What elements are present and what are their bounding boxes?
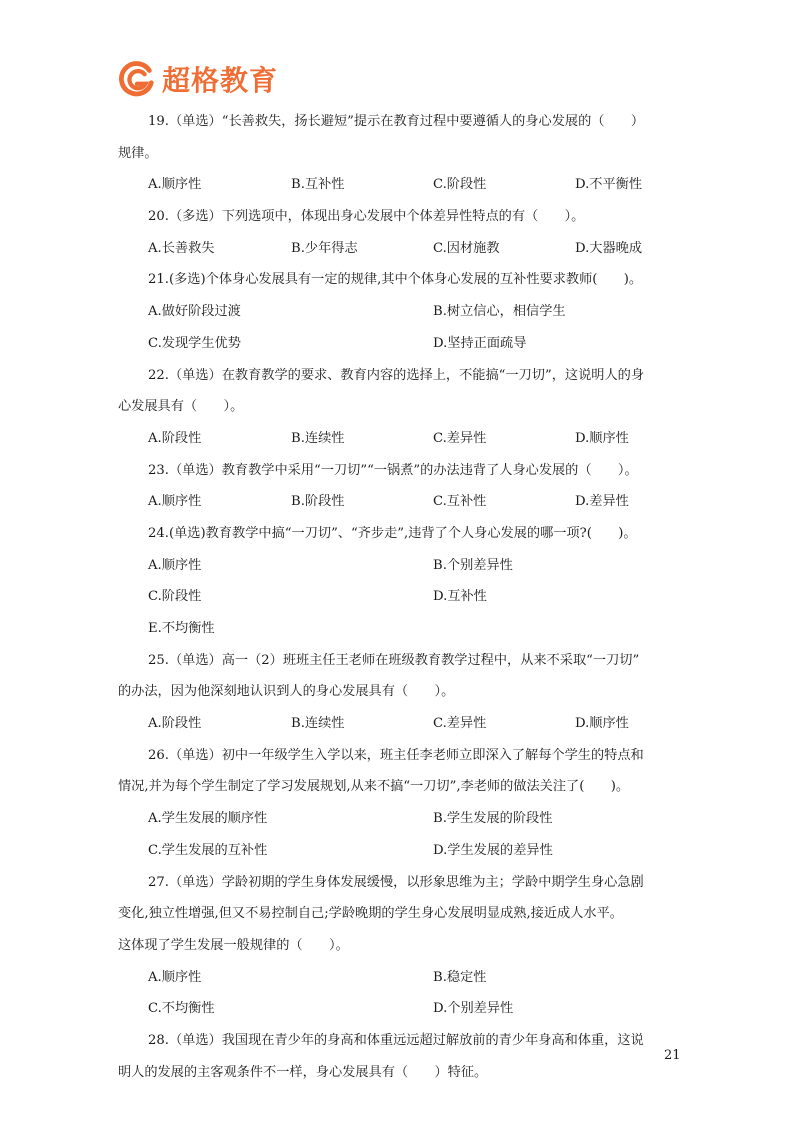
answer-option: D.不平衡性 [575,169,642,201]
question-item: 27.（单选）学龄初期的学生身体发展缓慢，以形象思维为主；学龄中期学生身心急剧变… [118,867,684,1025]
question-stem-continued: 明人的发展的主客观条件不一样，身心发展具有（ ）特征。 [118,1057,684,1089]
answer-option: D.差异性 [575,486,629,518]
answer-option: B.个别差异性 [433,550,513,582]
answer-option: A.顺序性 [148,486,201,518]
options-row: C.阶段性D.互补性 [118,581,684,613]
options-row: A.阶段性B.连续性C.差异性D.顺序性 [118,708,684,740]
question-stem: 23.（单选）教育教学中采用“一刀切”“一锅煮”的办法违背了人身心发展的（ ）。 [118,455,684,487]
answer-option: B.少年得志 [291,233,358,265]
answer-option: C.阶段性 [433,169,486,201]
answer-option: C.差异性 [433,423,486,455]
answer-option: C.互补性 [433,486,486,518]
question-stem: 22.（单选）在教育教学的要求、教育内容的选择上，不能搞“一刀切”，这说明人的身 [118,360,684,392]
answer-option: A.阶段性 [148,708,201,740]
answer-option: B.连续性 [291,708,344,740]
options-row: A.学生发展的顺序性B.学生发展的阶段性 [118,803,684,835]
answer-option: A.做好阶段过渡 [148,296,241,328]
question-item: 20.（多选）下列选项中，体现出身心发展中个体差异性特点的有（ ）。A.长善救失… [118,201,684,264]
options-row: A.长善救失B.少年得志C.因材施教D.大器晚成 [118,233,684,265]
answer-option: B.树立信心，相信学生 [433,296,566,328]
question-stem: 20.（多选）下列选项中，体现出身心发展中个体差异性特点的有（ ）。 [118,201,684,233]
answer-option: C.发现学生优势 [148,328,241,360]
question-item: 22.（单选）在教育教学的要求、教育内容的选择上，不能搞“一刀切”，这说明人的身… [118,360,684,455]
question-stem: 21.(多选)个体身心发展具有一定的规律,其中个体身心发展的互补性要求教师( )… [118,264,684,296]
question-stem-continued: 情况,并为每个学生制定了学习发展规划,从来不搞“一刀切”,李老师的做法关注了( … [118,771,684,803]
brand-name: 超格教育 [162,59,278,99]
answer-option: A.顺序性 [148,550,201,582]
options-row: C.不均衡性D.个别差异性 [118,993,684,1025]
answer-option: C.学生发展的互补性 [148,835,267,867]
options-row: A.做好阶段过渡B.树立信心，相信学生 [118,296,684,328]
answer-option: D.学生发展的差异性 [433,835,553,867]
question-item: 23.（单选）教育教学中采用“一刀切”“一锅煮”的办法违背了人身心发展的（ ）。… [118,455,684,518]
question-stem-continued: 变化,独立性增强,但又不易控制自己;学龄晚期的学生身心发展明显成熟,接近成人水平… [118,898,684,930]
answer-option: E.不均衡性 [148,613,215,645]
answer-option: C.不均衡性 [148,993,215,1025]
question-stem-continued: 这体现了学生发展一般规律的（ ）。 [118,930,684,962]
question-stem: 26.（单选）初中一年级学生入学以来，班主任李老师立即深入了解每个学生的特点和 [118,740,684,772]
answer-option: D.互补性 [433,581,487,613]
question-list: 19.（单选）“长善救失，扬长避短”提示在教育过程中要遵循人的身心发展的（ ）规… [118,106,684,1088]
options-row: E.不均衡性 [118,613,684,645]
question-stem: 27.（单选）学龄初期的学生身体发展缓慢，以形象思维为主；学龄中期学生身心急剧 [118,867,684,899]
answer-option: A.阶段性 [148,423,201,455]
options-row: C.发现学生优势D.坚持正面疏导 [118,328,684,360]
answer-option: D.顺序性 [575,423,629,455]
question-stem-continued: 的办法，因为他深刻地认识到人的身心发展具有（ ）。 [118,676,684,708]
answer-option: B.连续性 [291,423,344,455]
options-row: A.顺序性B.互补性C.阶段性D.不平衡性 [118,169,684,201]
answer-option: C.差异性 [433,708,486,740]
question-stem: 25.（单选）高一（2）班班主任王老师在班级教育教学过程中，从来不采取“一刀切” [118,645,684,677]
answer-option: B.阶段性 [291,486,344,518]
answer-option: C.因材施教 [433,233,500,265]
question-item: 21.(多选)个体身心发展具有一定的规律,其中个体身心发展的互补性要求教师( )… [118,264,684,359]
question-item: 28.（单选）我国现在青少年的身高和体重远远超过解放前的青少年身高和体重，这说明… [118,1025,684,1088]
answer-option: A.学生发展的顺序性 [148,803,267,835]
question-item: 25.（单选）高一（2）班班主任王老师在班级教育教学过程中，从来不采取“一刀切”… [118,645,684,740]
answer-option: D.坚持正面疏导 [433,328,526,360]
options-row: C.学生发展的互补性D.学生发展的差异性 [118,835,684,867]
question-stem: 28.（单选）我国现在青少年的身高和体重远远超过解放前的青少年身高和体重，这说 [118,1025,684,1057]
answer-option: D.大器晚成 [575,233,642,265]
question-stem-continued: 规律。 [118,138,684,170]
options-row: A.顺序性B.稳定性 [118,962,684,994]
answer-option: A.长善救失 [148,233,214,265]
question-item: 24.(单选)教育教学中搞“一刀切”、“齐步走”,违背了个人身心发展的哪一项?(… [118,518,684,645]
answer-option: B.学生发展的阶段性 [433,803,552,835]
g-logo-icon [118,60,156,98]
answer-option: A.顺序性 [148,962,201,994]
answer-option: D.顺序性 [575,708,629,740]
question-stem: 19.（单选）“长善救失，扬长避短”提示在教育过程中要遵循人的身心发展的（ ） [118,106,684,138]
brand-logo: 超格教育 [118,60,278,98]
question-item: 19.（单选）“长善救失，扬长避短”提示在教育过程中要遵循人的身心发展的（ ）规… [118,106,684,201]
question-item: 26.（单选）初中一年级学生入学以来，班主任李老师立即深入了解每个学生的特点和情… [118,740,684,867]
answer-option: D.个别差异性 [433,993,513,1025]
question-stem: 24.(单选)教育教学中搞“一刀切”、“齐步走”,违背了个人身心发展的哪一项?(… [118,518,684,550]
options-row: A.顺序性B.个别差异性 [118,550,684,582]
answer-option: A.顺序性 [148,169,201,201]
answer-option: B.稳定性 [433,962,486,994]
question-stem-continued: 心发展具有（ ）。 [118,391,684,423]
options-row: A.阶段性B.连续性C.差异性D.顺序性 [118,423,684,455]
page-number: 21 [664,1048,681,1063]
options-row: A.顺序性B.阶段性C.互补性D.差异性 [118,486,684,518]
answer-option: C.阶段性 [148,581,201,613]
answer-option: B.互补性 [291,169,344,201]
